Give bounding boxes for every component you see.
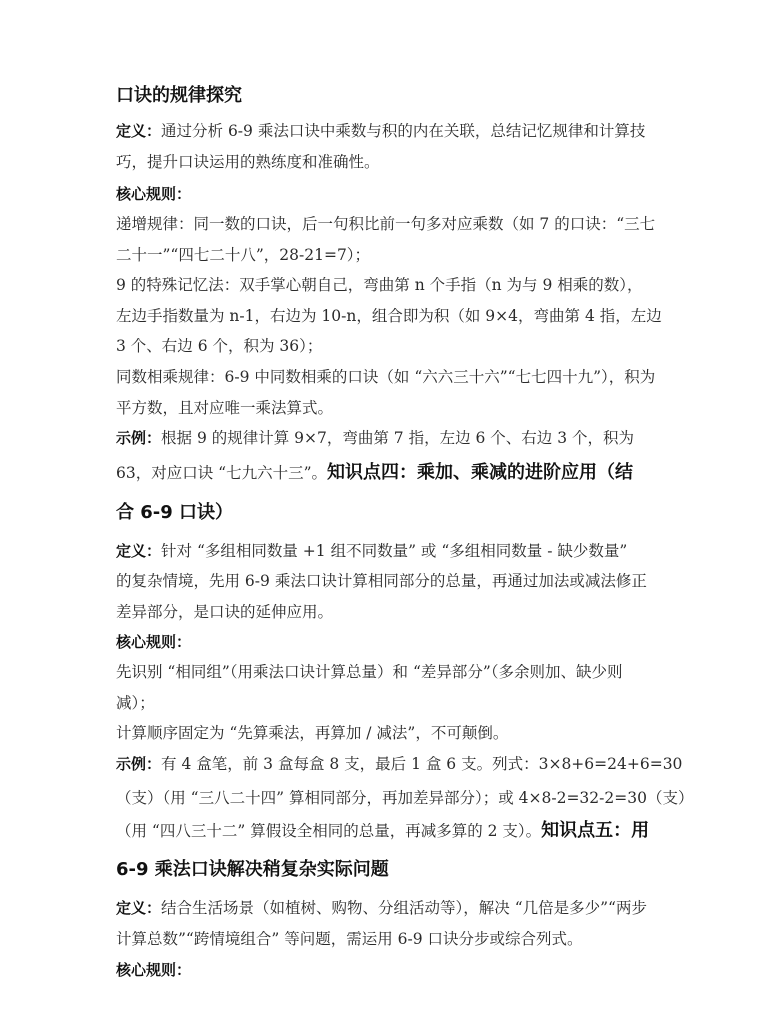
text-line: 3 个、右边 6 个，积为 36）；: [116, 336, 322, 356]
text-line: 二十一”“四七二十八”，28-21=7）；: [116, 245, 370, 265]
text-line: 计算总数”“跨情境组合” 等问题，需运用 6-9 口诀分步或综合列式。: [116, 929, 583, 949]
section-title-real-problems: 知识点五：用: [541, 820, 649, 841]
text-line: 结合生活场景（如植树、购物、分组活动等），解决 “几倍是多少”“两步: [161, 899, 647, 917]
definition-label: 定义：: [116, 542, 161, 560]
text-line: 的复杂情境，先用 6-9 乘法口诀计算相同部分的总量，再通过加法或减法修正: [116, 571, 647, 591]
text-line: 根据 9 的规律计算 9×7，弯曲第 7 指，左边 6 个、右边 3 个，积为: [161, 429, 634, 447]
example-label: 示例：: [116, 755, 161, 773]
section-title-continued: 合 6-9 口诀）: [116, 503, 233, 523]
text-line: 巧，提升口诀运用的熟练度和准确性。: [116, 152, 380, 172]
document-page: 口诀的规律探究 定义：通过分析 6-9 乘法口诀中乘数与积的内在关联，总结记忆规…: [0, 0, 778, 1024]
text-line: 先识别 “相同组”（用乘法口诀计算总量）和 “差异部分”（多余则加、缺少则: [116, 662, 623, 682]
text-line: （用 “四八三十二” 算假设全相同的总量，再减多算的 2 支）。: [116, 822, 541, 840]
section-title-continued: 6-9 乘法口诀解决稍复杂实际问题: [116, 860, 389, 880]
core-rules-label: 核心规则：: [116, 184, 191, 204]
section-title-patterns: 口诀的规律探究: [116, 86, 242, 106]
paragraph-mixed: （用 “四八三十二” 算假设全相同的总量，再减多算的 2 支）。知识点五：用: [116, 821, 649, 841]
text-line: 平方数，且对应唯一乘法算式。: [116, 398, 333, 418]
core-rules-label: 核心规则：: [116, 960, 191, 980]
definition-label: 定义：: [116, 122, 161, 140]
paragraph-example: 示例：有 4 盒笔，前 3 盒每盒 8 支，最后 1 盒 6 支。列式：3×8+…: [116, 754, 682, 774]
paragraph-definition: 定义：结合生活场景（如植树、购物、分组活动等），解决 “几倍是多少”“两步: [116, 898, 647, 918]
text-line: （支）（用 “三八二十四” 算相同部分，再加差异部分）；或 4×8-2=32-2…: [116, 788, 693, 808]
definition-label: 定义：: [116, 899, 161, 917]
paragraph-definition: 定义：通过分析 6-9 乘法口诀中乘数与积的内在关联，总结记忆规律和计算技: [116, 121, 645, 141]
text-line: 针对 “多组相同数量 +1 组不同数量” 或 “多组相同数量 - 缺少数量”: [161, 542, 627, 560]
text-line: 左边手指数量为 n-1，右边为 10-n，组合即为积（如 9×4，弯曲第 4 指…: [116, 306, 662, 326]
text-line: 有 4 盒笔，前 3 盒每盒 8 支，最后 1 盒 6 支。列式：3×8+6=2…: [161, 755, 682, 773]
text-line: 差异部分，是口诀的延伸应用。: [116, 602, 333, 622]
paragraph-example: 示例：根据 9 的规律计算 9×7，弯曲第 7 指，左边 6 个、右边 3 个，…: [116, 428, 634, 448]
paragraph-definition: 定义：针对 “多组相同数量 +1 组不同数量” 或 “多组相同数量 - 缺少数量…: [116, 541, 627, 561]
text-line: 9 的特殊记忆法：双手掌心朝自己，弯曲第 n 个手指（n 为与 9 相乘的数），: [116, 275, 643, 295]
text-line: 计算顺序固定为 “先算乘法，再算加 / 减法”，不可颠倒。: [116, 723, 508, 743]
core-rules-label: 核心规则：: [116, 632, 191, 652]
text-line: 递增规律：同一数的口诀，后一句积比前一句多对应乘数（如 7 的口诀：“三七: [116, 214, 655, 234]
text-line: 63，对应口诀 “七九六十三”。: [116, 464, 327, 482]
paragraph-mixed: 63，对应口诀 “七九六十三”。知识点四：乘加、乘减的进阶应用（结: [116, 463, 633, 483]
text-line: 减）；: [116, 693, 155, 713]
section-title-advanced-application: 知识点四：乘加、乘减的进阶应用（结: [327, 462, 633, 483]
text-line: 同数相乘规律：6-9 中同数相乘的口诀（如 “六六三十六”“七七四十九”），积为: [116, 367, 655, 387]
example-label: 示例：: [116, 429, 161, 447]
text-line: 通过分析 6-9 乘法口诀中乘数与积的内在关联，总结记忆规律和计算技: [161, 122, 645, 140]
